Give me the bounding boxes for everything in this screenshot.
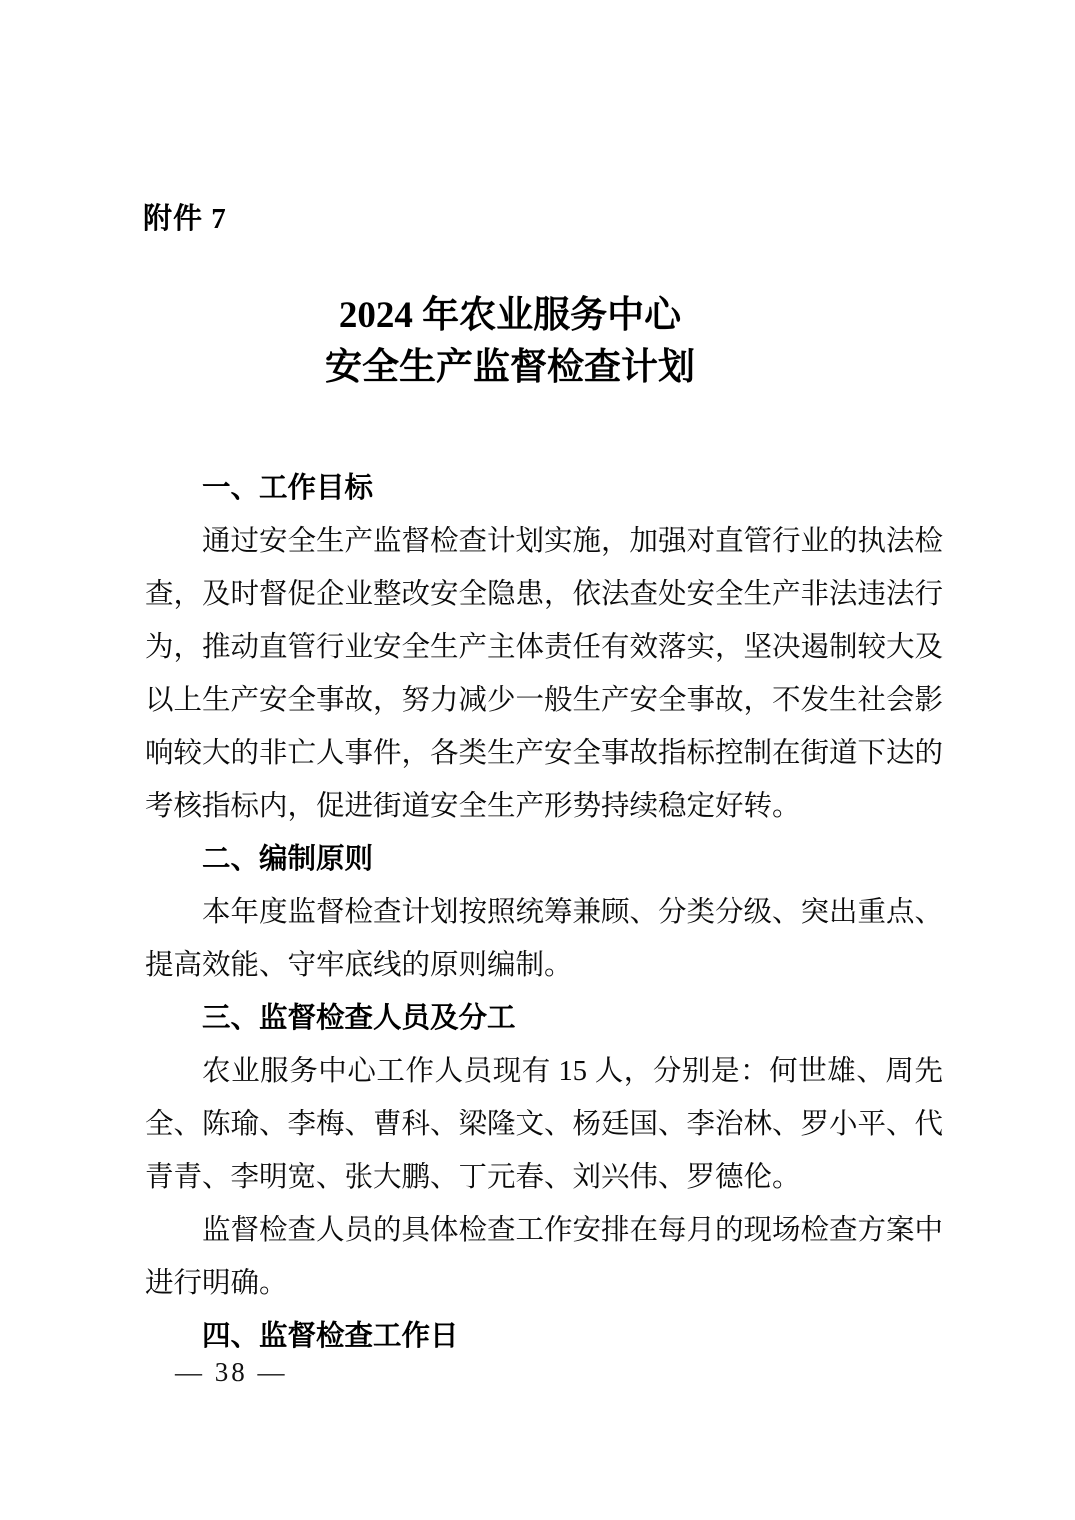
document-title: 2024 年农业服务中心 安全生产监督检查计划 [145,290,875,394]
document-title-line1: 2024 年农业服务中心 [339,295,681,336]
section-2-paragraph-1: 本年度监督检查计划按照统筹兼顾、分类分级、突出重点、提高效能、守牢底线的原则编制… [145,886,943,992]
section-3-paragraph-2: 监督检查人员的具体检查工作安排在每月的现场检查方案中进行明确。 [145,1204,943,1310]
section-heading-1: 一、工作目标 [145,462,943,515]
section-compilation-principles: 二、编制原则 本年度监督检查计划按照统筹兼顾、分类分级、突出重点、提高效能、守牢… [145,833,943,992]
section-3-paragraph-1: 农业服务中心工作人员现有 15 人，分别是：何世雄、周先全、陈瑜、李梅、曹科、梁… [145,1045,943,1204]
page-number: — 38 — [175,1357,288,1388]
section-inspection-personnel: 三、监督检查人员及分工 农业服务中心工作人员现有 15 人，分别是：何世雄、周先… [145,992,943,1310]
section-inspection-workdays: 四、监督检查工作日 [145,1310,943,1363]
section-heading-3: 三、监督检查人员及分工 [145,992,943,1045]
attachment-label: 附件 7 [143,196,227,237]
section-heading-2: 二、编制原则 [145,833,943,886]
section-heading-4: 四、监督检查工作日 [145,1310,943,1363]
document-title-line2: 安全生产监督检查计划 [325,347,695,388]
document-body: 一、工作目标 通过安全生产监督检查计划实施，加强对直管行业的执法检查，及时督促企… [145,462,943,1363]
section-work-goals: 一、工作目标 通过安全生产监督检查计划实施，加强对直管行业的执法检查，及时督促企… [145,462,943,833]
section-1-paragraph-1: 通过安全生产监督检查计划实施，加强对直管行业的执法检查，及时督促企业整改安全隐患… [145,515,943,833]
document-page: 附件 7 2024 年农业服务中心 安全生产监督检查计划 一、工作目标 通过安全… [0,0,1075,1520]
